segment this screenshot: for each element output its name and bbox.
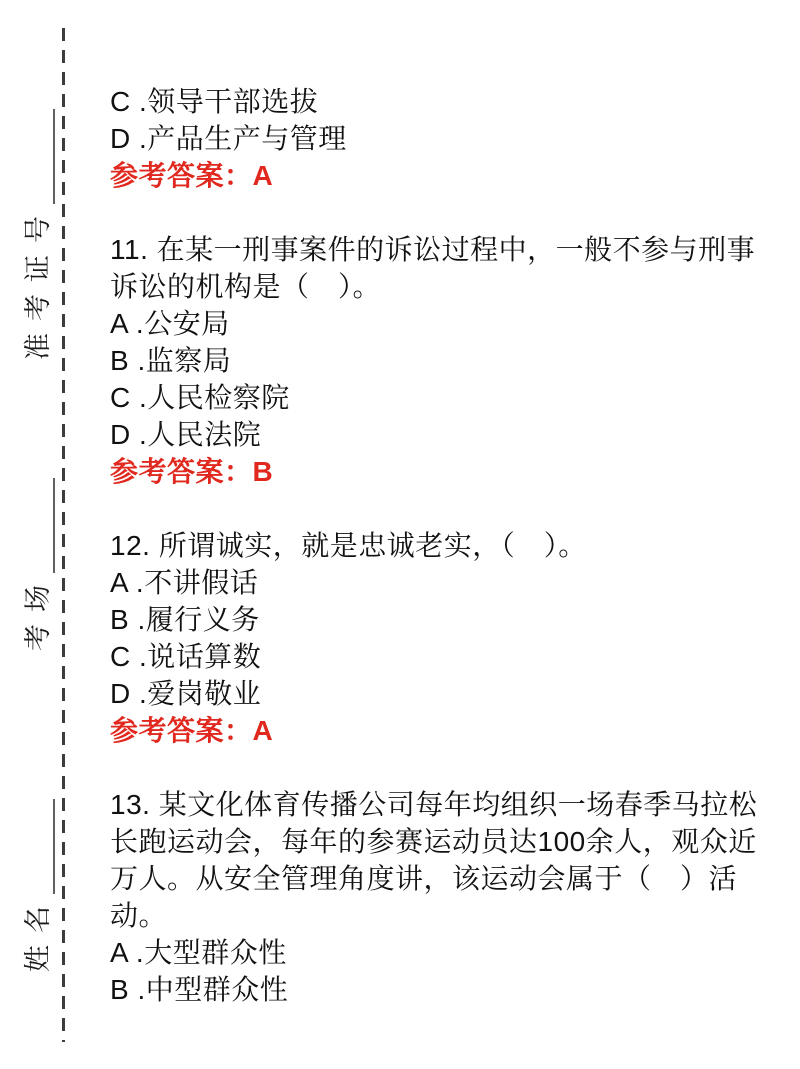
answer-value: B	[253, 456, 274, 487]
exam-paper-page: 姓名考场准考证号 C .领导干部选拔D .产品生产与管理参考答案：A11. 在某…	[0, 0, 800, 1069]
question-block: 13. 某文化体育传播公司每年均组织一场春季马拉松长跑运动会，每年的参赛运动员达…	[110, 786, 772, 1008]
seal-field-label: 姓名	[16, 894, 55, 972]
seal-info-strip: 姓名考场准考证号	[14, 116, 56, 978]
seal-field-blank-line	[27, 478, 55, 573]
option-line: A .不讲假话	[110, 564, 772, 601]
seal-field: 准考证号	[16, 109, 55, 360]
answer-label: 参考答案：	[110, 160, 253, 191]
question-block: 11. 在某一刑事案件的诉讼过程中，一般不参与刑事诉讼的机构是（ ）。A .公安…	[110, 231, 772, 490]
answer-line: 参考答案：A	[110, 157, 772, 194]
option-line: D .人民法院	[110, 416, 772, 453]
answer-line: 参考答案：B	[110, 453, 772, 490]
seal-field-blank-line	[27, 109, 55, 204]
option-line: D .爱岗敬业	[110, 675, 772, 712]
seal-field: 姓名	[16, 799, 55, 972]
option-line: A .公安局	[110, 305, 772, 342]
option-line: A .大型群众性	[110, 934, 772, 971]
option-line: B .中型群众性	[110, 971, 772, 1008]
answer-value: A	[253, 160, 274, 191]
option-line: C .说话算数	[110, 638, 772, 675]
answer-label: 参考答案：	[110, 456, 253, 487]
seal-dashed-line	[62, 28, 65, 1042]
question-stem: 11. 在某一刑事案件的诉讼过程中，一般不参与刑事诉讼的机构是（ ）。	[110, 231, 772, 305]
option-line: D .产品生产与管理	[110, 120, 772, 157]
seal-field-label: 准考证号	[16, 204, 55, 360]
questions-container: C .领导干部选拔D .产品生产与管理参考答案：A11. 在某一刑事案件的诉讼过…	[110, 83, 772, 1045]
seal-field-blank-line	[27, 799, 55, 894]
question-stem: 12. 所谓诚实，就是忠诚老实，（ ）。	[110, 527, 772, 564]
option-line: B .履行义务	[110, 601, 772, 638]
question-block: C .领导干部选拔D .产品生产与管理参考答案：A	[110, 83, 772, 194]
seal-field: 考场	[16, 478, 55, 651]
seal-field-label: 考场	[16, 573, 55, 651]
option-line: C .人民检察院	[110, 379, 772, 416]
question-block: 12. 所谓诚实，就是忠诚老实，（ ）。A .不讲假话B .履行义务C .说话算…	[110, 527, 772, 749]
answer-value: A	[253, 715, 274, 746]
answer-line: 参考答案：A	[110, 712, 772, 749]
option-line: C .领导干部选拔	[110, 83, 772, 120]
question-stem: 13. 某文化体育传播公司每年均组织一场春季马拉松长跑运动会，每年的参赛运动员达…	[110, 786, 772, 934]
option-line: B .监察局	[110, 342, 772, 379]
answer-label: 参考答案：	[110, 715, 253, 746]
